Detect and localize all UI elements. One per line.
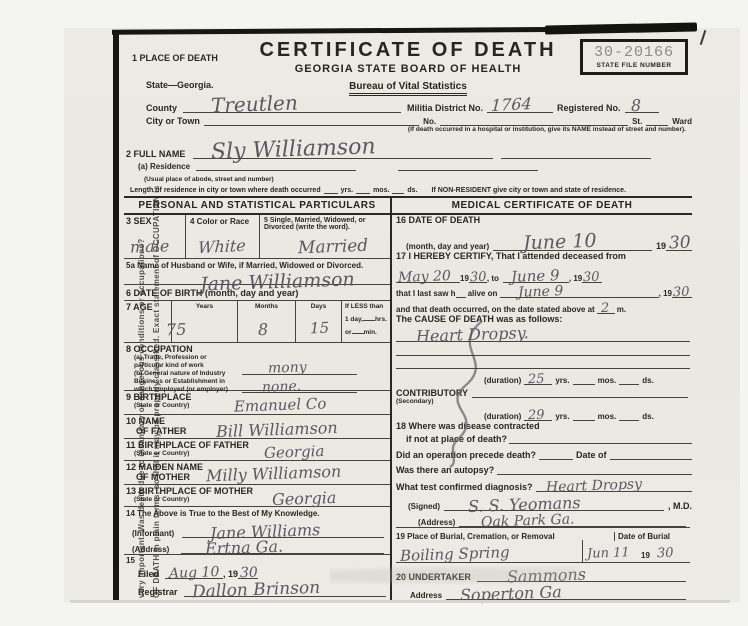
where-blank [509, 432, 692, 444]
residence-blank [196, 159, 356, 171]
marital-cell: 5 Single, Married, Widowed, or Divorced … [260, 215, 390, 258]
occupation-a-value: mony [268, 360, 307, 375]
duration1-mos: mos. [598, 376, 617, 385]
test-label: What test confirmed diagnosis? [396, 482, 533, 492]
operation-date-blank [610, 448, 692, 460]
age-months-value: 8 [258, 322, 269, 338]
no-blank [440, 114, 628, 126]
form-header: CERTIFICATE OF DEATH GEORGIA STATE BOARD… [124, 33, 692, 77]
informant-address-label: (Address) [132, 545, 169, 554]
filed-year-blank: 30 [238, 567, 258, 579]
from-year-blank: 30 [469, 271, 487, 283]
certify-dates-row: May 20 19 30 , to June 9 , 19 30 [396, 265, 692, 283]
ward-label: Ward [672, 117, 692, 126]
undertaker-address-label: Address [410, 591, 442, 600]
father-bp-label: 11 BIRTHPLACE OF FATHER [124, 439, 390, 450]
duration2-value: 29 [528, 409, 545, 423]
registered-blank: 8 [625, 101, 659, 113]
saw-label: that I last saw h [396, 289, 456, 298]
dod-blank: June 10 [493, 239, 652, 251]
duration2-mos-blank [573, 409, 595, 421]
marital-value: Married [298, 238, 369, 257]
fullname-row: 2 FULL NAME Sly Williamson [124, 135, 692, 159]
place-of-death-label: 1 PLACE OF DEATH [132, 53, 218, 63]
marital-label: 5 Single, Married, Widowed, or Divorced … [260, 215, 390, 231]
age-days-cell: Days 15 [296, 301, 342, 342]
cause-line-1: Heart Dropsy. [396, 327, 690, 342]
mother-value: Milly Williamson [206, 464, 342, 485]
informant-address-row: (Address) Ertna Ga. [124, 538, 390, 555]
saw-label2: alive on [468, 289, 498, 298]
truth-label: 14 The Above is True to the Best of My K… [124, 507, 390, 518]
from-value: May 20 [398, 269, 451, 285]
residence-notes-row: (Usual place of abode, street and number… [124, 171, 692, 183]
registered-label: Registered No. [557, 103, 621, 113]
no-label: No. [423, 117, 436, 126]
dod-row: (month, day and year) June 10 19 30 [396, 229, 692, 251]
informant-address-blank: Ertna Ga. [181, 542, 384, 554]
spouse-value: Jane Williamson [200, 270, 355, 294]
filed-value: Aug 10 [169, 565, 220, 581]
occupation-label: 8 OCCUPATION [124, 343, 390, 354]
st-blank [646, 114, 668, 126]
militia-label: Militia District No. [407, 103, 483, 113]
last-saw-row: that I last saw h alive on June 9 , 19 3… [396, 283, 692, 298]
md-address-value: Oak Park Ga. [481, 512, 575, 529]
from-year-value: 30 [470, 271, 487, 285]
duration2-ds: ds. [642, 412, 654, 421]
age-years-value: 75 [166, 322, 187, 339]
where-label2: if not at place of death? [406, 434, 507, 444]
duration1-ds-blank [619, 373, 639, 385]
duration2-ds-blank [619, 409, 639, 421]
medical-column: 16 DATE OF DEATH (month, day and year) J… [392, 215, 692, 600]
occurred-label: and that death occurred, on the date sta… [396, 305, 595, 314]
cause-line-3 [396, 356, 690, 369]
saw-pre19: , 19 [659, 289, 672, 298]
duration2-yrs: yrs. [555, 412, 569, 421]
md-address-label: (Address) [418, 518, 455, 527]
age-less-cell: If LESS than 1 day,hrs. ormin. [342, 301, 390, 342]
dod-value: June 10 [523, 232, 597, 254]
dod-year-value: 30 [669, 235, 691, 253]
informant-label: (Informant) [132, 529, 174, 538]
state-file-number-label: STATE FILE NUMBER [583, 62, 685, 69]
occupation-a-blank: mony [242, 363, 357, 375]
duration2-mos: mos. [598, 412, 617, 421]
filed-blank: Aug 10 [165, 567, 223, 579]
filed-pre: , 19 [223, 569, 238, 579]
ds-label: ds. [407, 187, 417, 194]
occurred-row: and that death occurred, on the date sta… [396, 298, 692, 314]
scan-smudge-artifact [330, 566, 580, 586]
column-headers: PERSONAL AND STATISTICAL PARTICULARS MED… [124, 196, 692, 215]
truth-row: 14 The Above is True to the Best of My K… [124, 507, 390, 521]
contributory-note: (Secondary) [396, 398, 692, 406]
operation-blank [539, 448, 573, 460]
informant-row: (Informant) Jane Williams [124, 521, 390, 538]
duration1-yrs: yrs. [555, 376, 569, 385]
mother-bp-value: Georgia [272, 490, 337, 508]
test-value: Heart Dropsy [545, 477, 641, 494]
registrar-label: Registrar [138, 587, 178, 597]
mother-bp-note: (State or Country) [124, 496, 390, 503]
informant-blank: Jane Williams [182, 526, 384, 538]
dod-pre19: 19 [656, 241, 666, 251]
personal-column: 3 SEX male 4 Color or Race White 5 Singl… [124, 215, 392, 600]
to-word: , to [487, 274, 499, 283]
city-label: City or Town [146, 116, 200, 126]
militia-blank: 1764 [487, 101, 553, 113]
age-months-cell: Months 8 [238, 301, 296, 342]
to-pre19: , 19 [569, 274, 582, 283]
certificate-paper: very important. Was death due to insanit… [64, 28, 740, 602]
age-years-label: Years [172, 301, 237, 310]
sex-cell: 3 SEX male [124, 215, 186, 258]
autopsy-row: Was there an autopsy? [396, 460, 692, 475]
sex-race-marital-row: 3 SEX male 4 Color or Race White 5 Singl… [124, 215, 390, 259]
burial-year-value: 30 [657, 547, 674, 561]
m-label: m. [617, 305, 626, 314]
residence-length-row: Length of residence in city or town wher… [124, 183, 692, 194]
to-value: June 9 [511, 268, 560, 285]
contributory-row: CONTRIBUTORY [396, 385, 692, 398]
father-value: Bill Williamson [216, 420, 338, 440]
signed-label: (Signed) [408, 502, 440, 511]
hour-blank: 2 [597, 302, 615, 314]
state-file-number-box: 30-20166 STATE FILE NUMBER [580, 39, 688, 75]
operation-row: Did an operation precede death? Date of [396, 444, 692, 460]
signed-row: (Signed) S. S. Yeomans , M.D. [396, 492, 692, 511]
certificate-form: CERTIFICATE OF DEATH GEORGIA STATE BOARD… [113, 33, 692, 600]
undertaker-address-blank: Soperton Ga [446, 588, 686, 600]
duration1-value: 25 [528, 373, 545, 387]
father-bp-value: Georgia [264, 444, 325, 461]
sex-label: 3 SEX [124, 215, 185, 226]
filed-label: Filed [138, 569, 159, 579]
length-label: Length of residence in city or town wher… [130, 187, 321, 194]
dod-note: (month, day and year) [406, 242, 489, 251]
state-file-number: 30-20166 [583, 44, 685, 61]
county-blank: Treutlen [183, 101, 401, 113]
md-label: , M.D. [668, 501, 692, 511]
duration2-blank: 29 [524, 409, 552, 421]
age-less-label1: If LESS than [345, 303, 390, 310]
nonresident-note: If NON-RESIDENT give city or town and st… [432, 187, 626, 194]
burial-date-cell: Jun 11 19 30 [582, 540, 690, 562]
race-value: White [198, 238, 247, 257]
md-address-blank: Oak Park Ga. [459, 515, 686, 527]
duration1-label: (duration) [484, 376, 521, 385]
where-row2: if not at place of death? [396, 431, 692, 444]
from-blank: May 20 [396, 271, 460, 283]
age-days-label: Days [296, 301, 341, 310]
saw-blank: June 9 [500, 286, 658, 298]
age-less-label3: ormin. [345, 326, 390, 336]
test-row: What test confirmed diagnosis? Heart Dro… [396, 475, 692, 492]
to-blank: June 9 [503, 271, 569, 283]
age-months-label: Months [238, 301, 295, 310]
saw-pronoun-blank [456, 286, 466, 298]
from-pre19: 19 [460, 274, 469, 283]
county-label: County [146, 103, 177, 113]
saw-value: June 9 [518, 284, 564, 300]
autopsy-blank [497, 463, 692, 475]
contributory-blank [472, 386, 688, 398]
spouse-row: 5a Name of Husband or Wife, if Married, … [124, 259, 390, 285]
residence-note: (Usual place of abode, street and number… [144, 176, 274, 183]
duration1-row: (duration) 25 yrs. mos. ds. [396, 369, 692, 385]
cause-label: The CAUSE OF DEATH was as follows: [396, 314, 692, 327]
filed-year-value: 30 [240, 566, 258, 581]
to-year-value: 30 [583, 271, 600, 285]
residence-row: (a) Residence [124, 159, 692, 171]
dod-year-blank: 30 [666, 239, 692, 251]
burial-pre19: 19 [641, 551, 650, 560]
age-row: 7 AGE Years 75 Months 8 Days 15 [124, 301, 390, 343]
fullname-blank: Sly Williamson [193, 147, 493, 159]
ds-blank [392, 182, 404, 194]
city-row: City or Town No. St. Ward [146, 113, 692, 126]
father-row: 10 NAMEOF FATHER Bill Williamson [124, 415, 390, 439]
registrar-blank: Dallon Brinson [184, 585, 386, 597]
hospital-note: (If death occurred in a hospital or inst… [124, 126, 692, 135]
yrs-label: yrs. [341, 187, 353, 194]
mother-bp-row: 13 BIRTHPLACE OF MOTHER (State or Countr… [124, 485, 390, 507]
race-cell: 4 Color or Race White [186, 215, 260, 258]
mother-row: 12 MAIDEN NAMEOF MOTHER Milly Williamson [124, 461, 390, 485]
duration2-label: (duration) [484, 412, 521, 421]
burial-place-value: Boiling Spring [400, 545, 510, 564]
section-15-label: 15 [124, 555, 390, 565]
mos-blank [356, 182, 370, 194]
burial-date-value: Jun 11 [587, 546, 630, 560]
duration1-mos-blank [573, 373, 595, 385]
md-address-row: (Address) Oak Park Ga. [396, 511, 690, 528]
city-blank [204, 114, 419, 126]
occupation-row: 8 OCCUPATION (a) Trade, Profession orpar… [124, 343, 390, 391]
residence-label: (a) Residence [138, 162, 190, 171]
age-days-value: 15 [310, 321, 330, 337]
registered-value: 8 [630, 98, 641, 114]
nonresident-blank [398, 159, 538, 171]
fullname-label: 2 FULL NAME [126, 149, 185, 159]
operation-label: Did an operation precede death? [396, 450, 536, 460]
signed-blank: S. S. Yeomans [444, 499, 664, 511]
saw-year-blank: 30 [672, 286, 692, 298]
right-column-header: MEDICAL CERTIFICATE OF DEATH [392, 198, 692, 213]
columns: 3 SEX male 4 Color or Race White 5 Singl… [124, 215, 692, 600]
test-blank: Heart Dropsy [536, 480, 692, 492]
registrar-value: Dallon Brinson [191, 580, 320, 601]
father-bp-row: 11 BIRTHPLACE OF FATHER (State or Countr… [124, 439, 390, 461]
left-column-header: PERSONAL AND STATISTICAL PARTICULARS [124, 198, 392, 213]
duration1-ds: ds. [642, 376, 654, 385]
duration1-blank: 25 [524, 373, 552, 385]
dod-label: 16 DATE OF DEATH [396, 215, 692, 229]
to-year-blank: 30 [582, 271, 602, 283]
duration2-row: (duration) 29 yrs. mos. ds. [396, 406, 692, 421]
bureau-name: Bureau of Vital Statistics [349, 81, 467, 96]
date-of-label: Date of [576, 450, 607, 460]
birthplace-value: Emanuel Co [234, 396, 327, 414]
saw-year-value: 30 [673, 286, 690, 300]
age-label: 7 AGE [124, 301, 171, 312]
st-label: St. [632, 117, 642, 126]
cause-line-2 [396, 342, 690, 356]
militia-value: 1764 [491, 96, 533, 114]
mos-label: mos. [373, 187, 389, 194]
county-value: Treutlen [211, 92, 298, 115]
paper-bottom-edge [70, 600, 730, 603]
burial-values-row: Boiling Spring Jun 11 19 30 [396, 541, 690, 563]
age-less-label2: 1 day,hrs. [345, 313, 390, 323]
birthplace-row: 9 BIRTHPLACE (State or Country) Emanuel … [124, 391, 390, 415]
contributory-label: CONTRIBUTORY [396, 388, 468, 398]
age-years-cell: Years 75 [172, 301, 238, 342]
mother-bp-label: 13 BIRTHPLACE OF MOTHER [124, 485, 390, 496]
autopsy-label: Was there an autopsy? [396, 465, 494, 475]
yrs-blank [324, 182, 338, 194]
hour-value: 2 [600, 302, 609, 315]
race-label: 4 Color or Race [186, 215, 259, 226]
fullname-blank2 [501, 147, 651, 159]
father-bp-note: (State or Country) [124, 450, 390, 457]
sex-value: male [130, 238, 170, 255]
